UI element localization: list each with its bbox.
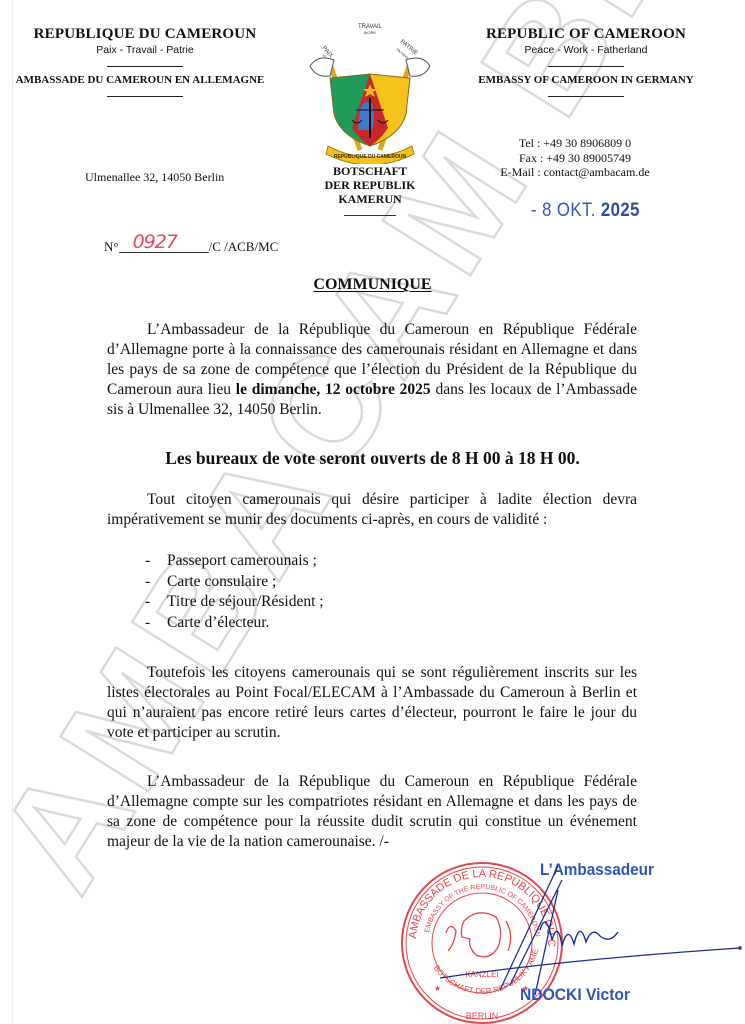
divider [344, 215, 396, 216]
paragraph-text: Toutefois les citoyens camerounais qui s… [107, 664, 637, 741]
handwritten-number: 0927 [133, 231, 177, 253]
motto-en: Peace - Work - Fatherland [470, 44, 702, 56]
contact-info: Tel : +49 30 8906809 0 Fax : +49 30 8900… [470, 136, 680, 180]
date-stamp: - 8 OKT. 2025 [531, 200, 640, 222]
handwritten-signature [440, 860, 745, 1000]
country-name-en: REPUBLIC OF CAMEROON [470, 26, 702, 43]
divider [107, 96, 183, 97]
list-item: Carte d’électeur. [145, 613, 324, 634]
paragraph-closing: L’Ambassadeur de la République du Camero… [107, 772, 637, 852]
polling-hours: Les bureaux de vote seront ouverts de 8 … [0, 448, 745, 469]
svg-text:BERLIN: BERLIN [466, 1011, 499, 1021]
required-documents-list: Passeport camerounais ; Carte consulaire… [145, 551, 324, 633]
reference-suffix: /C /ACB/MC [209, 239, 279, 254]
paragraph-text: L’Ambassadeur de la République du Camero… [107, 773, 637, 850]
divider [548, 66, 624, 67]
scan-edge [12, 0, 13, 1024]
date-stamp-year: 2025 [601, 200, 640, 221]
paragraph-voter-cards: Toutefois les citoyens camerounais qui s… [107, 663, 637, 743]
svg-text:WORK: WORK [364, 30, 377, 35]
caption-line: BOTSCHAFT [300, 164, 440, 178]
list-item: Passeport camerounais ; [145, 551, 324, 572]
caption-line: DER REPUBLIK [300, 178, 440, 192]
caption-line: KAMERUN [300, 192, 440, 206]
header-left: REPUBLIQUE DU CAMEROUN Paix - Travail - … [20, 26, 270, 104]
coat-caption: BOTSCHAFT DER REPUBLIK KAMERUN [300, 164, 440, 206]
document-page: AMBACAM BERLIN REPUBLIQUE DU CAMEROUN Pa… [0, 0, 745, 1024]
divider [548, 96, 624, 97]
fax-number: Fax : +49 30 89005749 [470, 151, 680, 166]
signatory-name: NDOCKI Victor [520, 985, 630, 1005]
embassy-name-fr: AMBASSADE DU CAMEROUN EN ALLEMAGNE [10, 74, 270, 86]
motto-fr: Paix - Travail - Patrie [20, 44, 270, 56]
embassy-name-en: EMBASSY OF CAMEROON IN GERMANY [470, 74, 702, 86]
header-right: REPUBLIC OF CAMEROON Peace - Work - Fath… [470, 26, 702, 104]
cameroon-coat-of-arms-icon: TRAVAIL WORK PAIX PEACE PATRIE FATHERLAN… [300, 18, 440, 164]
email-address: E-Mail : contact@ambacam.de [470, 165, 680, 180]
list-item: Titre de séjour/Résident ; [145, 592, 324, 613]
list-item: Carte consulaire ; [145, 572, 324, 593]
svg-text:REPUBLIQUE DU CAMEROUN: REPUBLIQUE DU CAMEROUN [334, 154, 407, 160]
phone-number: Tel : +49 30 8906809 0 [470, 136, 680, 151]
reference-label: N° [104, 239, 119, 254]
title-text: COMMUNIQUE [313, 276, 431, 293]
paragraph-text: Tout citoyen camerounais qui désire part… [107, 491, 637, 528]
divider [107, 66, 183, 67]
election-date: le dimanche, 12 octobre 2025 [236, 381, 431, 398]
reference-number: N°0927/C /ACB/MC [104, 238, 278, 255]
reference-blank: 0927 [119, 238, 209, 253]
paragraph-announcement: L’Ambassadeur de la République du Camero… [107, 320, 637, 420]
paragraph-requirements: Tout citoyen camerounais qui désire part… [107, 490, 637, 530]
date-stamp-day: - 8 OKT. [531, 200, 596, 221]
country-name-fr: REPUBLIQUE DU CAMEROUN [20, 26, 270, 43]
embassy-address: Ulmenallee 32, 14050 Berlin [85, 170, 224, 185]
document-title: COMMUNIQUE [0, 276, 745, 294]
